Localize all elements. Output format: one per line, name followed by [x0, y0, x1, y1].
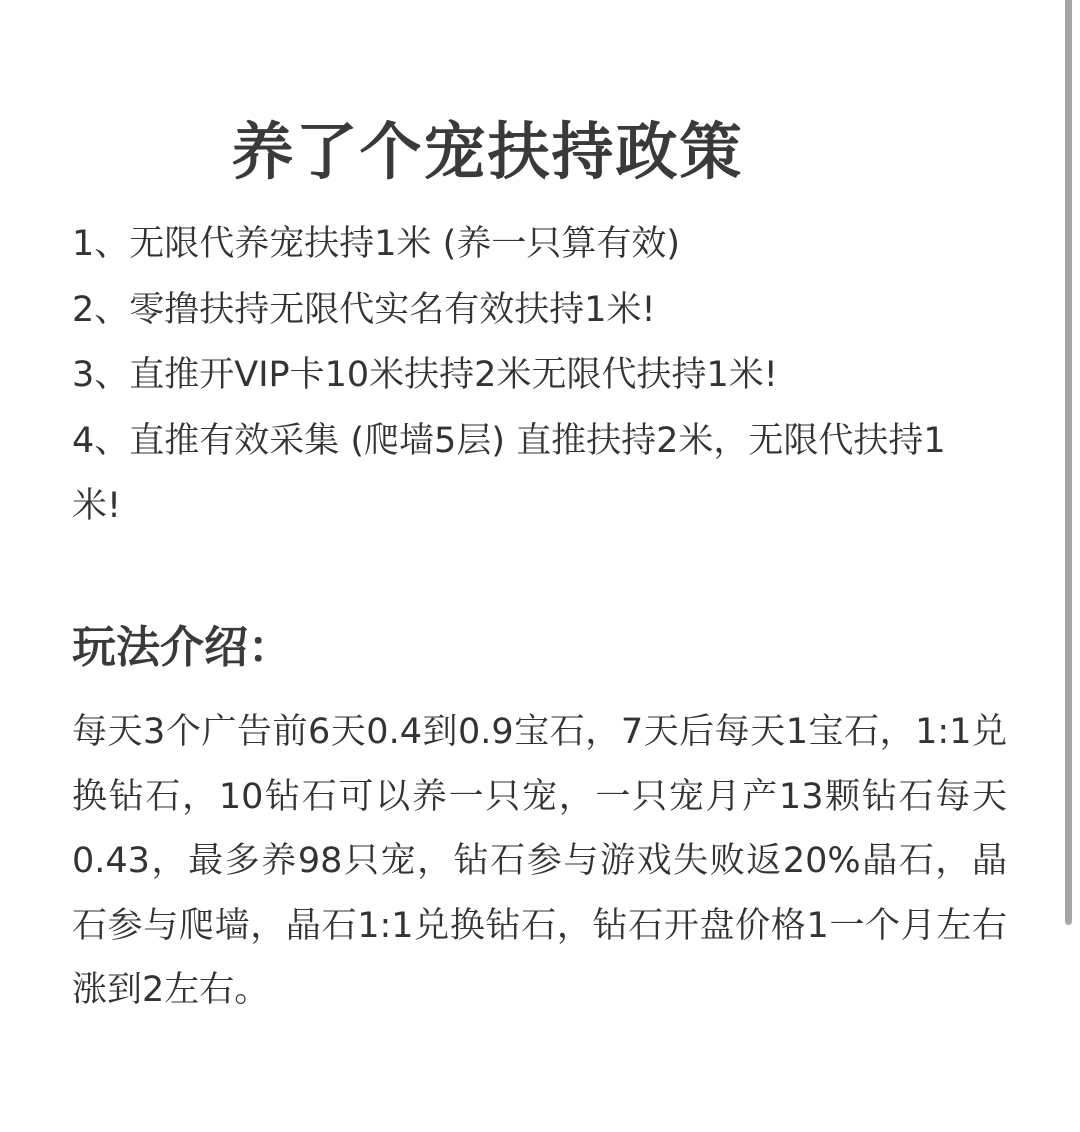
document-page: 养了个宠扶持政策 1、无限代养宠扶持1米 (养一只算有效) 2、零撸扶持无限代实… [0, 0, 1080, 1132]
page-title: 养了个宠扶持政策 [0, 112, 975, 192]
policy-item-1: 1、无限代养宠扶持1米 (养一只算有效) [72, 212, 992, 278]
gameplay-heading: 玩法介绍： [72, 612, 292, 684]
scrollbar-thumb[interactable] [1065, 0, 1072, 925]
policy-item-2: 2、零撸扶持无限代实名有效扶持1米! [72, 278, 992, 344]
gameplay-description: 每天3个广告前6天0.4到0.9宝石，7天后每天1宝石，1:1兑换钻石，10钻石… [72, 700, 1007, 1023]
policy-item-4: 4、直推有效采集 (爬墙5层) 直推扶持2米，无限代扶持1米! [72, 409, 992, 540]
policy-list: 1、无限代养宠扶持1米 (养一只算有效) 2、零撸扶持无限代实名有效扶持1米! … [72, 212, 992, 540]
policy-item-3: 3、直推开VIP卡10米扶持2米无限代扶持1米! [72, 343, 992, 409]
